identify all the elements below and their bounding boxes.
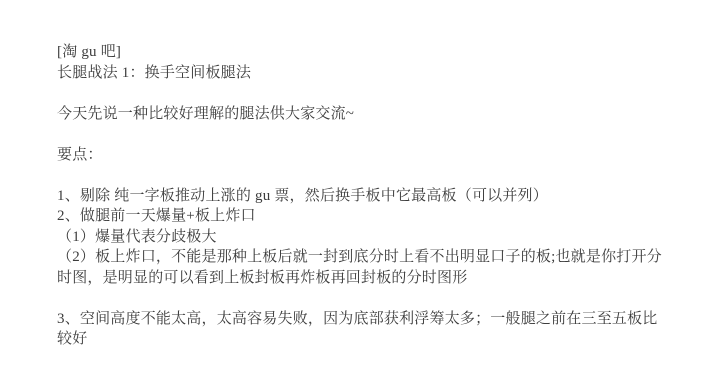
doc-line-point-3-wrap: 较好	[57, 329, 690, 350]
document-page: [淘 gu 吧] 长腿战法 1：换手空间板腿法 今天先说一种比较好理解的腿法供大…	[0, 0, 720, 367]
doc-line-point-2-sub-2-wrap: 时图，是明显的可以看到上板封板再炸板再回封板的分时图形	[57, 268, 690, 289]
doc-line-blank	[57, 165, 690, 186]
doc-line-point-3: 3、空间高度不能太高，太高容易失败，因为底部获利浮筹太多；一般腿之前在三至五板比	[57, 309, 690, 330]
doc-line-blank	[57, 83, 690, 104]
doc-line-source-tag: [淘 gu 吧]	[57, 42, 690, 63]
doc-line-point-2-sub-2: （2）板上炸口，不能是那种上板后就一封到底分时上看不出明显口子的板;也就是你打开…	[57, 247, 690, 268]
doc-line-blank	[57, 124, 690, 145]
doc-line-keypoints-heading: 要点：	[57, 145, 690, 166]
document-body: [淘 gu 吧] 长腿战法 1：换手空间板腿法 今天先说一种比较好理解的腿法供大…	[57, 42, 690, 350]
doc-line-title: 长腿战法 1：换手空间板腿法	[57, 63, 690, 84]
doc-line-blank	[57, 288, 690, 309]
doc-line-point-2-sub-1: （1）爆量代表分歧极大	[57, 227, 690, 248]
doc-line-intro: 今天先说一种比较好理解的腿法供大家交流~	[57, 104, 690, 125]
doc-line-point-1: 1、剔除 纯一字板推动上涨的 gu 票，然后换手板中它最高板（可以并列）	[57, 186, 690, 207]
doc-line-point-2: 2、做腿前一天爆量+板上炸口	[57, 206, 690, 227]
